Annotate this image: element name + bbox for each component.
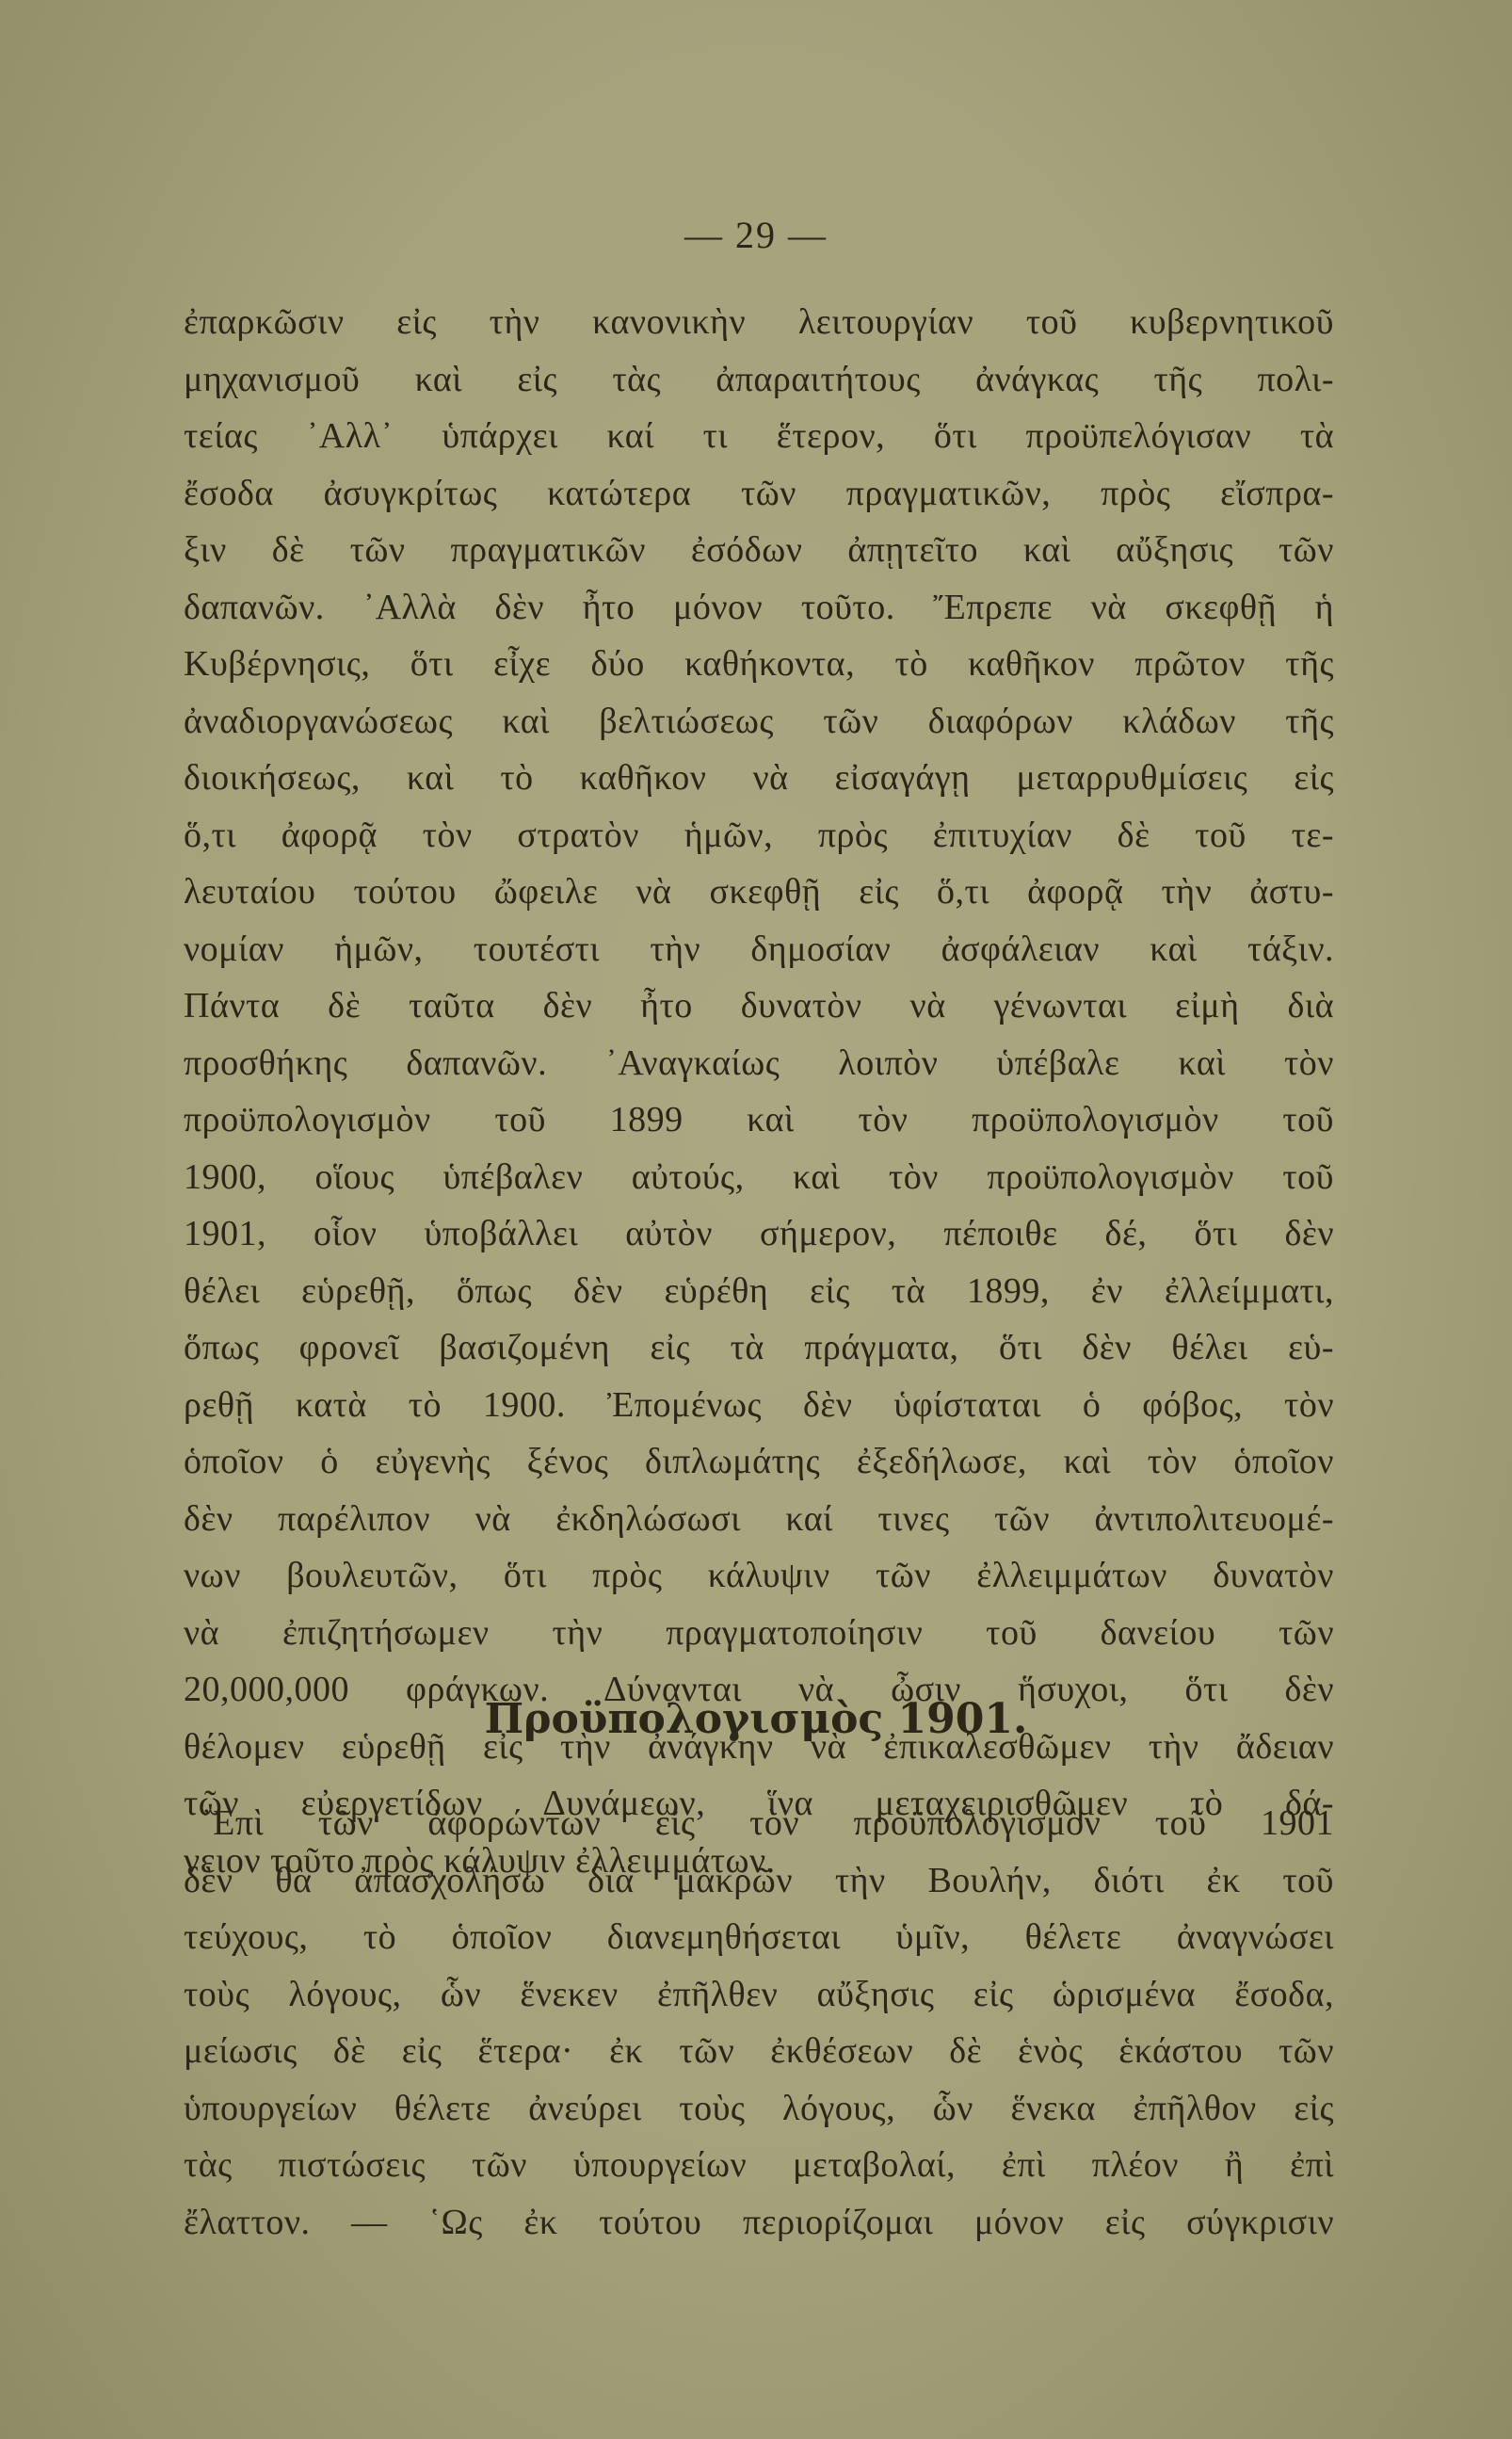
paragraph-1: ἐπαρκῶσιν εἰς τὴν κανονικὴν λειτουργίαν … <box>184 294 1334 1889</box>
text-line: δαπανῶν. ᾿Αλλὰ δὲν ἦτο μόνον τοῦτο. Ἔπρε… <box>184 579 1334 637</box>
text-line: δὲν παρέλιπον νὰ ἐκδηλώσωσι καί τινες τῶ… <box>184 1491 1334 1548</box>
text-line: προσθήκης δαπανῶν. ᾿Αναγκαίως λοιπὸν ὑπέ… <box>184 1035 1334 1092</box>
text-line: ρεθῇ κατὰ τὸ 1900. Ἐπομένως δὲν ὑφίστατα… <box>184 1377 1334 1434</box>
text-line: ὅπως φρονεῖ βασιζομένη εἰς τὰ πράγματα, … <box>184 1319 1334 1377</box>
text-line: μηχανισμοῦ καὶ εἰς τὰς ἀπαραιτήτους ἀνάγ… <box>184 351 1334 409</box>
text-line: τεύχους, τὸ ὁποῖον διανεμηθήσεται ὑμῖν, … <box>184 1909 1334 1966</box>
text-line: Κυβέρνησις, ὅτι εἶχε δύο καθήκοντα, τὸ κ… <box>184 636 1334 693</box>
text-line: τοὺς λόγους, ὧν ἕνεκεν ἐπῆλθεν αὔξησις ε… <box>184 1966 1334 2024</box>
text-line: τείας ᾿Αλλ᾿ ὑπάρχει καί τι ἕτερον, ὅτι π… <box>184 408 1334 465</box>
paragraph-2: ᾿Επὶ τῶν ἀφορώντων εἰς τὸν προϋπολογισμὸ… <box>184 1795 1334 2251</box>
text-line: 1900, οἵους ὑπέβαλεν αὐτούς, καὶ τὸν προ… <box>184 1149 1334 1206</box>
text-line: δὲν θὰ ἀπασχολήσω διὰ μακρῶν τὴν Βουλήν,… <box>184 1852 1334 1910</box>
text-line: τὰς πιστώσεις τῶν ὑπουργείων μεταβολαί, … <box>184 2137 1334 2194</box>
text-line: νὰ ἐπιζητήσωμεν τὴν πραγματοποίησιν τοῦ … <box>184 1605 1334 1662</box>
text-line: 1901, οἷον ὑποβάλλει αὐτὸν σήμερον, πέπο… <box>184 1205 1334 1263</box>
text-line: ᾿Επὶ τῶν ἀφορώντων εἰς τὸν προϋπολογισμὸ… <box>184 1795 1334 1852</box>
text-line: διοικήσεως, καὶ τὸ καθῆκον νὰ εἰσαγάγῃ μ… <box>184 750 1334 807</box>
text-line: νων βουλευτῶν, ὅτι πρὸς κάλυψιν τῶν ἐλλε… <box>184 1547 1334 1605</box>
text-line: ὅ,τι ἀφορᾷ τὸν στρατὸν ἡμῶν, πρὸς ἐπιτυχ… <box>184 807 1334 864</box>
text-line: ἔλαττον. — ῾Ως ἐκ τούτου περιορίζομαι μό… <box>184 2194 1334 2252</box>
text-line: μείωσις δὲ εἰς ἕτερα· ἐκ τῶν ἐκθέσεων δὲ… <box>184 2023 1334 2080</box>
text-line: Πάντα δὲ ταῦτα δὲν ἦτο δυνατὸν νὰ γένωντ… <box>184 977 1334 1035</box>
text-line: ὑπουργείων θέλετε ἀνεύρει τοὺς λόγους, ὧ… <box>184 2080 1334 2138</box>
text-line: λευταίου τούτου ὤφειλε νὰ σκεφθῇ εἰς ὅ,τ… <box>184 864 1334 921</box>
text-line: προϋπολογισμὸν τοῦ 1899 καὶ τὸν προϋπολο… <box>184 1091 1334 1149</box>
text-line: θέλει εὑρεθῇ, ὅπως δὲν εὑρέθη εἰς τὰ 189… <box>184 1263 1334 1320</box>
text-line: ἔσοδα ἀσυγκρίτως κατώτερα τῶν πραγματικῶ… <box>184 465 1334 523</box>
text-line: ἐπαρκῶσιν εἰς τὴν κανονικὴν λειτουργίαν … <box>184 294 1334 351</box>
text-line: ἀναδιοργανώσεως καὶ βελτιώσεως τῶν διαφό… <box>184 693 1334 751</box>
text-line: ξιν δὲ τῶν πραγματικῶν ἐσόδων ἀπῃτεῖτο κ… <box>184 522 1334 579</box>
section-heading: Προϋπολογισμὸς 1901. <box>0 1695 1512 1743</box>
page-number: — 29 — <box>0 213 1512 257</box>
text-line: νομίαν ἡμῶν, τουτέστι τὴν δημοσίαν ἀσφάλ… <box>184 921 1334 978</box>
text-line: ὁποῖον ὁ εὐγενὴς ξένος διπλωμάτης ἐξεδήλ… <box>184 1433 1334 1491</box>
